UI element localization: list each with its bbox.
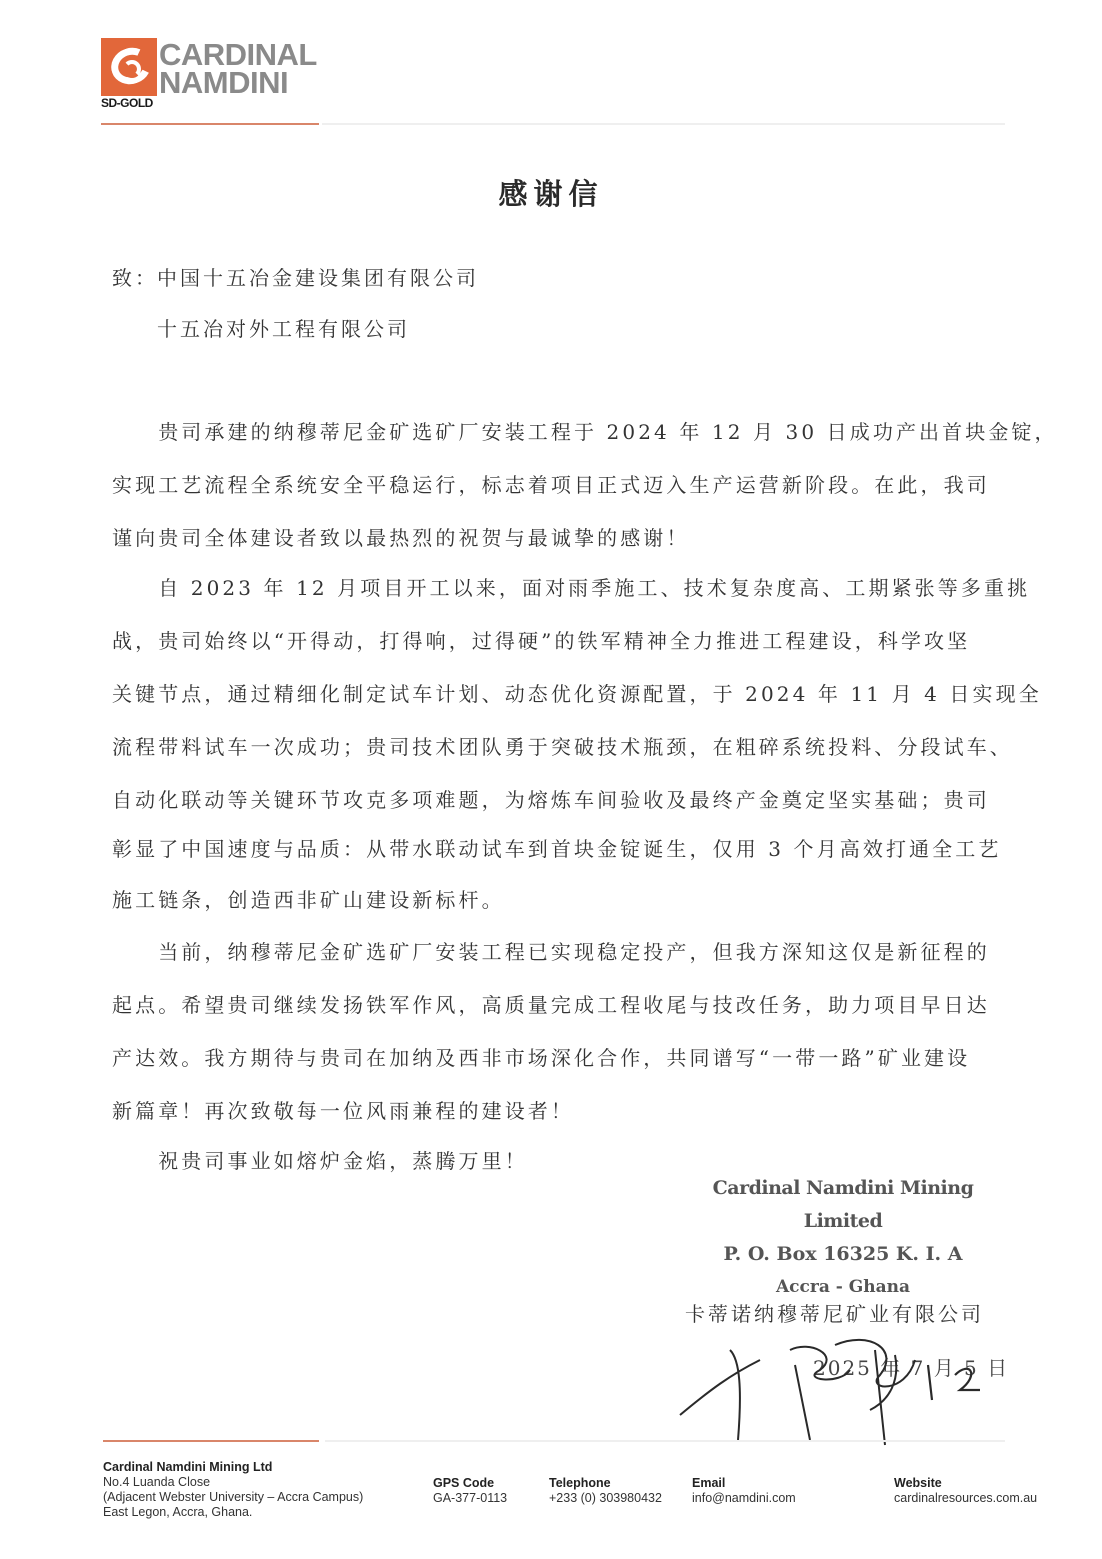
footer-email-label: Email: [692, 1476, 796, 1491]
footer-website-label: Website: [894, 1476, 1037, 1491]
footer-accent-divider: [103, 1440, 319, 1442]
footer-telephone-value: +233 (0) 303980432: [549, 1491, 662, 1506]
logo-swirl-icon: [101, 38, 157, 96]
body-line: 自 2023 年 12 月项目开工以来，面对雨季施工、技术复杂度高、工期紧张等多…: [112, 572, 1030, 601]
stamp-po-box: P. O. Box 16325 K. I. A: [688, 1238, 998, 1271]
recipient-primary: 中国十五冶金建设集团有限公司: [157, 262, 479, 291]
recipient-prefix: 致：: [112, 262, 158, 291]
body-line: 施工链条，创造西非矿山建设新标杆。: [112, 884, 505, 913]
handwritten-signature-icon: [670, 1320, 990, 1450]
body-line: 关键节点，通过精细化制定试车计划、动态优化资源配置，于 2024 年 11 月 …: [112, 678, 1042, 707]
body-line: 起点。希望贵司继续发扬铁军作风，高质量完成工程收尾与技改任务，助力项目早日达: [112, 989, 990, 1018]
header-divider: [322, 123, 1005, 125]
footer-telephone-label: Telephone: [549, 1476, 662, 1491]
footer-website: Website cardinalresources.com.au: [894, 1476, 1037, 1506]
body-line: 流程带料试车一次成功；贵司技术团队勇于突破技术瓶颈，在粗碎系统投料、分段试车、: [112, 731, 1013, 760]
footer-address-line: (Adjacent Webster University – Accra Cam…: [103, 1490, 363, 1505]
letter-title: 感谢信: [0, 172, 1102, 213]
footer-website-value[interactable]: cardinalresources.com.au: [894, 1491, 1037, 1506]
footer-address-line: No.4 Luanda Close: [103, 1475, 363, 1490]
body-line: 自动化联动等关键环节攻克多项难题，为熔炼车间验收及最终产金奠定坚实基础；贵司: [112, 784, 990, 813]
footer-email-value[interactable]: info@namdini.com: [692, 1491, 796, 1506]
footer-divider: [325, 1440, 1005, 1442]
footer-telephone: Telephone +233 (0) 303980432: [549, 1476, 662, 1506]
body-line: 新篇章！再次致敬每一位风雨兼程的建设者！: [112, 1095, 574, 1124]
footer-gps-value: GA-377-0113: [433, 1491, 507, 1506]
footer-email: Email info@namdini.com: [692, 1476, 796, 1506]
company-logo: CARDINAL NAMDINI SD-GOLD: [101, 38, 331, 110]
logo-tagline: SD-GOLD: [101, 96, 153, 110]
footer-gps-label: GPS Code: [433, 1476, 507, 1491]
company-stamp: Cardinal Namdini Mining Limited P. O. Bo…: [688, 1172, 998, 1304]
footer-gps: GPS Code GA-377-0113: [433, 1476, 507, 1506]
footer-company: Cardinal Namdini Mining Ltd No.4 Luanda …: [103, 1460, 363, 1520]
body-line: 贵司承建的纳穆蒂尼金矿选矿厂安装工程于 2024 年 12 月 30 日成功产出…: [112, 416, 1058, 445]
header-accent-divider: [101, 123, 319, 125]
body-line: 彰显了中国速度与品质：从带水联动试车到首块金锭诞生，仅用 3 个月高效打通全工艺: [112, 833, 1001, 862]
stamp-company: Cardinal Namdini Mining Limited: [688, 1172, 998, 1238]
body-line: 祝贵司事业如熔炉金焰，蒸腾万里！: [112, 1145, 528, 1174]
footer-address-line: East Legon, Accra, Ghana.: [103, 1505, 363, 1520]
logo-word-namdini: NAMDINI: [159, 68, 288, 98]
recipient-secondary: 十五冶对外工程有限公司: [157, 313, 410, 342]
body-line: 当前，纳穆蒂尼金矿选矿厂安装工程已实现稳定投产，但我方深知这仅是新征程的: [112, 936, 990, 965]
body-line: 实现工艺流程全系统安全平稳运行，标志着项目正式迈入生产运营新阶段。在此，我司: [112, 469, 990, 498]
body-line: 谨向贵司全体建设者致以最热烈的祝贺与最诚挚的感谢！: [112, 522, 690, 551]
body-line: 战，贵司始终以“开得动，打得响，过得硬”的铁军精神全力推进工程建设，科学攻坚: [112, 625, 970, 654]
footer-company-name: Cardinal Namdini Mining Ltd: [103, 1460, 363, 1475]
body-line: 产达效。我方期待与贵司在加纳及西非市场深化合作，共同谱写“一带一路”矿业建设: [112, 1042, 970, 1071]
